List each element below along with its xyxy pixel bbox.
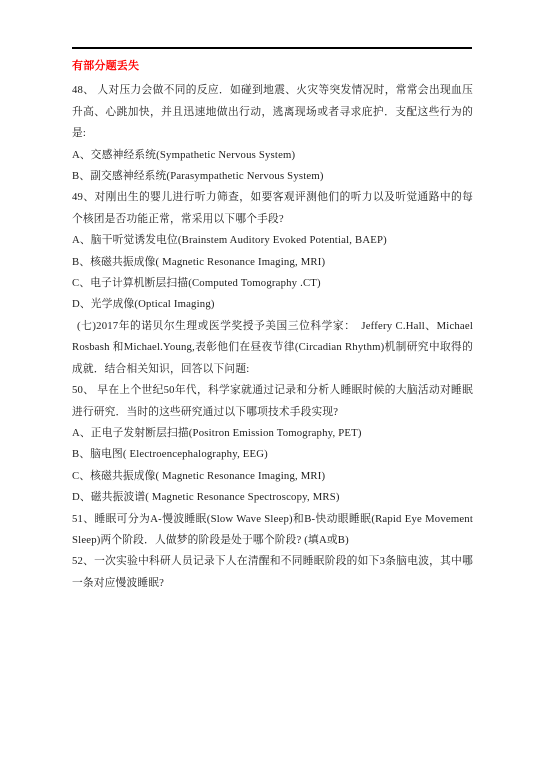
document-page: 有部分题丢失 48、 人对压力会做不同的反应．如碰到地震、火灾等突发情况时，常常… — [0, 0, 544, 769]
question-50-option-c: C、核磁共振成像( Magnetic Resonance Imaging, MR… — [72, 466, 473, 487]
question-49-option-b: B、核磁共振成像( Magnetic Resonance Imaging, MR… — [72, 252, 473, 273]
question-50-option-b: B、脑电图( Electroencephalography, EEG) — [72, 444, 473, 465]
question-50-option-a: A、正电子发射断层扫描(Positron Emission Tomography… — [72, 423, 473, 444]
section-7-intro: (七)2017年的诺贝尔生理或医学奖授予美国三位科学家： Jeffery C.H… — [72, 316, 473, 380]
question-51-text: 51、睡眠可分为A-慢波睡眠(Slow Wave Sleep)和B-快动眼睡眠(… — [72, 509, 473, 552]
missing-questions-notice: 有部分题丢失 — [72, 56, 473, 77]
question-49-option-d: D、光学成像(Optical Imaging) — [72, 294, 473, 315]
question-48-option-a: A、交感神经系统(Sympathetic Nervous System) — [72, 145, 473, 166]
question-48-text: 48、 人对压力会做不同的反应．如碰到地震、火灾等突发情况时，常常会出现血压升高… — [72, 80, 473, 144]
question-52-text: 52、一次实验中科研人员记录下人在清醒和不同睡眠阶段的如下3条脑电波，其中哪一条… — [72, 551, 473, 594]
question-50-text: 50、 早在上个世纪50年代，科学家就通过记录和分析人睡眠时候的大脑活动对睡眠进… — [72, 380, 473, 423]
question-48-option-b: B、副交感神经系统(Parasympathetic Nervous System… — [72, 166, 473, 187]
question-50-option-d: D、磁共振波谱( Magnetic Resonance Spectroscopy… — [72, 487, 473, 508]
question-49-text: 49、对刚出生的婴儿进行听力筛查，如要客观评测他们的听力以及听觉通路中的每个核团… — [72, 187, 473, 230]
question-49-option-c: C、电子计算机断层扫描(Computed Tomography .CT) — [72, 273, 473, 294]
header-divider-rule — [72, 47, 472, 49]
question-49-option-a: A、脑干听觉诱发电位(Brainstem Auditory Evoked Pot… — [72, 230, 473, 251]
document-content: 有部分题丢失 48、 人对压力会做不同的反应．如碰到地震、火灾等突发情况时，常常… — [72, 56, 473, 594]
